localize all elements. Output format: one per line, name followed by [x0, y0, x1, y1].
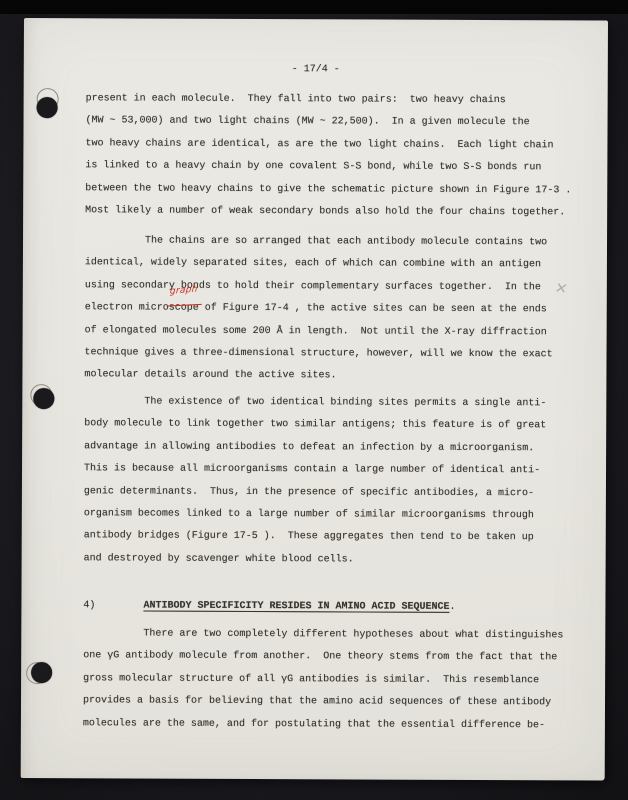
paragraph: There are two completely different hypot…	[83, 623, 564, 737]
text-line: between the two heavy chains to give the…	[85, 178, 571, 203]
section-heading: 4)ANTIBODY SPECIFICITY RESIDES IN AMINO …	[83, 595, 455, 619]
text-line: advantage in allowing antibodies to defe…	[84, 436, 546, 460]
text-line: There are two completely different hypot…	[83, 623, 563, 648]
text-line: The existence of two identical binding s…	[84, 391, 546, 415]
paragraph: The chains are so arranged that each ant…	[84, 230, 553, 389]
text-line: using secondary bonds to hold their comp…	[85, 275, 553, 299]
text-line: molecules are the same, and for postulat…	[83, 713, 563, 738]
text-line: two heavy chains are identical, as are t…	[85, 133, 571, 158]
paragraph: present in each molecule. They fall into…	[85, 88, 572, 225]
line-segment: electron micro	[85, 302, 169, 313]
page-number: - 17/4 -	[24, 58, 608, 83]
text-line: is linked to a heavy chain by one covale…	[85, 155, 571, 180]
text-line: antibody bridges (Figure 17-5 ). These a…	[84, 526, 546, 550]
text-line: molecular details around the active site…	[84, 365, 552, 389]
text-line: technique gives a three-dimensional stru…	[84, 342, 552, 366]
paragraph: The existence of two identical binding s…	[84, 391, 547, 572]
hole-punch	[31, 662, 52, 683]
text-line: (MW ~ 53,000) and two light chains (MW ~…	[85, 111, 571, 136]
text-line: Most likely a number of weak secondary b…	[85, 200, 571, 225]
text-line: This is because all microorganisms conta…	[84, 458, 546, 482]
line-segment: of Figure 17-4 , the active sites can be…	[199, 303, 547, 316]
text-line: present in each molecule. They fall into…	[86, 88, 572, 113]
scan-backdrop: - 17/4 - present in each molecule. They …	[0, 0, 628, 800]
text-line: gross molecular structure of all γG anti…	[83, 668, 563, 693]
heading-title: ANTIBODY SPECIFICITY RESIDES IN AMINO AC…	[143, 601, 449, 613]
text-line: one γG antibody molecule from another. O…	[83, 646, 563, 671]
pencil-x-mark: ✕	[553, 281, 569, 297]
struck-word: graphscope	[169, 298, 199, 321]
heading-number: 4)	[83, 600, 95, 611]
text-line: and destroyed by scavenger white blood c…	[84, 548, 546, 572]
text-line: genic determinants. Thus, in the presenc…	[84, 481, 546, 505]
text-line-corrected: electron micrographscope of Figure 17-4 …	[85, 297, 553, 321]
hole-punch	[36, 97, 57, 118]
heading-period: .	[449, 602, 455, 613]
text-line: of elongated molecules some 200 Å in len…	[85, 320, 553, 344]
text-line: body molecule to link together two simil…	[84, 414, 546, 438]
document-page: - 17/4 - present in each molecule. They …	[21, 18, 608, 781]
scan-edge-strip	[0, 0, 628, 14]
hole-punch	[33, 388, 54, 409]
text-line: provides a basis for believing that the …	[83, 690, 563, 715]
text-line: organism becomes linked to a large numbe…	[84, 503, 546, 527]
text-line: identical, widely separated sites, each …	[85, 253, 553, 277]
text-line: The chains are so arranged that each ant…	[85, 230, 553, 254]
